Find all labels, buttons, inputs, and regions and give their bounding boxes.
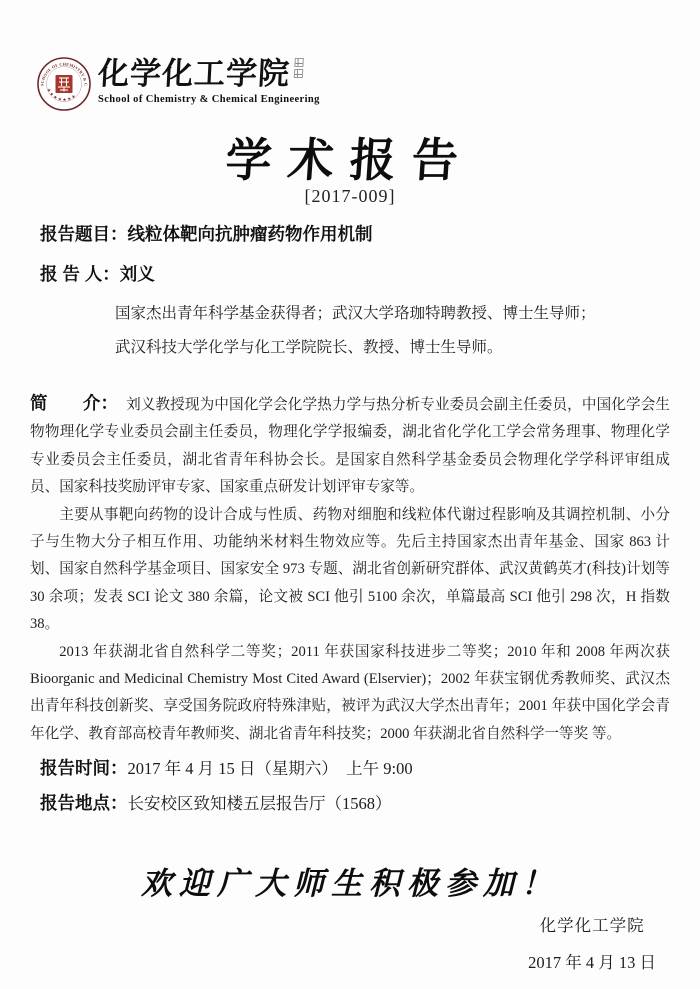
place-label: 报告地点：	[40, 793, 128, 813]
speaker-row: 报 告 人：刘义	[40, 261, 155, 286]
intro-paragraph: 简 介：刘义教授现为中国化学会化学热力学与热分析专业委员会副主任委员，中国化学会…	[30, 390, 670, 502]
college-header: SCHOOL OF CHEMISTRY & CHEMICAL ENGINEERI…	[36, 56, 320, 114]
speaker-label: 报 告 人：	[40, 264, 120, 284]
intro-label: 简 介：	[30, 393, 126, 413]
college-name-calligraphy: 化学化工学院	[97, 56, 321, 92]
topic-value: 线粒体靶向抗肿瘤药物作用机制	[128, 224, 373, 244]
report-time-row: 报告时间：2017 年 4 月 15 日（星期六） 上午 9:00	[40, 755, 413, 780]
time-label: 报告时间：	[40, 758, 128, 778]
inscription-mark	[294, 58, 304, 80]
intro-paragraph-text: 刘义教授现为中国化学会化学热力学与热分析专业委员会副主任委员，中国化学会生物物理…	[30, 397, 670, 495]
college-title-block: 化学化工学院 School of Chemistry & Chemical En…	[98, 56, 320, 105]
signature-date: 2017 年 4 月 13 日	[528, 949, 656, 973]
speaker-introduction: 简 介：刘义教授现为中国化学会化学热力学与热分析专业委员会副主任委员，中国化学会…	[30, 390, 670, 748]
report-topic-row: 报告题目：线粒体靶向抗肿瘤药物作用机制	[40, 221, 373, 246]
place-value: 长安校区致知楼五层报告厅（1568）	[128, 794, 392, 813]
college-seal-icon: SCHOOL OF CHEMISTRY & CHEMICAL ENGINEERI…	[36, 56, 92, 114]
speaker-detail-line: 国家杰出青年科学基金获得者；武汉大学珞珈特聘教授、博士生导师；	[115, 301, 596, 323]
speaker-detail-line: 武汉科技大学化学与化工学院院长、教授、博士生导师。	[115, 335, 503, 357]
announcement-page: SCHOOL OF CHEMISTRY & CHEMICAL ENGINEERI…	[0, 0, 700, 989]
signature-org: 化学化工学院	[528, 912, 656, 936]
intro-paragraph: 2013 年获湖北省自然科学二等奖；2011 年获国家科技进步二等奖；2010 …	[30, 639, 670, 749]
document-number: [2017-009]	[0, 186, 700, 207]
college-name-english: School of Chemistry & Chemical Engineeri…	[98, 94, 320, 105]
report-place-row: 报告地点：长安校区致知楼五层报告厅（1568）	[40, 790, 392, 815]
welcome-line: 欢迎广大师生积极参加！	[0, 858, 700, 903]
intro-paragraph: 主要从事靶向药物的设计合成与性质、药物对细胞和线粒体代谢过程影响及其调控机制、小…	[30, 502, 670, 639]
time-value: 2017 年 4 月 15 日（星期六） 上午 9:00	[128, 759, 413, 778]
signature-block: 化学化工学院 2017 年 4 月 13 日	[528, 912, 656, 973]
speaker-value: 刘义	[120, 264, 155, 284]
topic-label: 报告题目：	[40, 224, 128, 244]
document-title: 学术报告	[0, 124, 700, 190]
